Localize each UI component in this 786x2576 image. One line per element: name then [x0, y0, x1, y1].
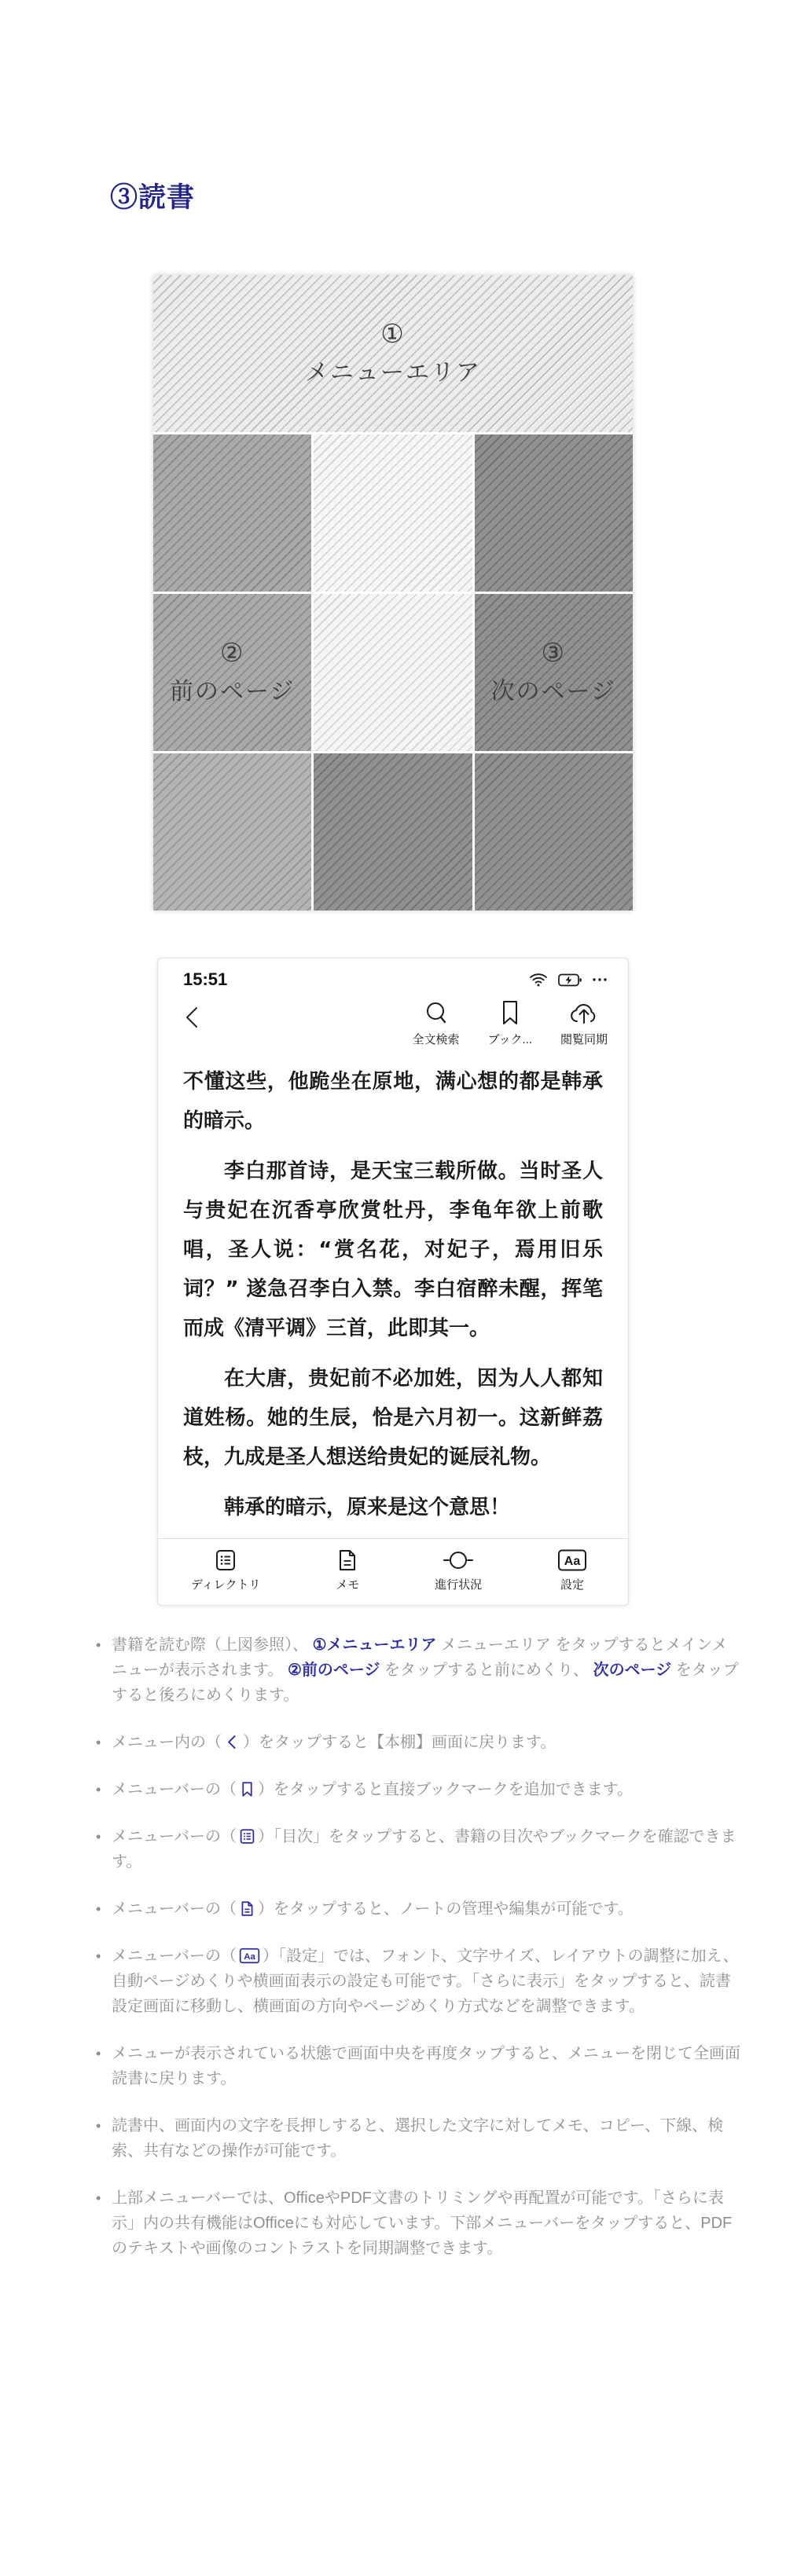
- note-text: 書籍を読む際（上図参照）、: [112, 1636, 313, 1654]
- bottom-nav: ディレクトリ メモ 進行状況 Aa 設定: [158, 1538, 628, 1605]
- note-page-icon: [239, 1900, 255, 1917]
- note-accent-text: ②前のページ: [288, 1662, 380, 1679]
- wifi-icon: [529, 972, 548, 988]
- zone-center-lower[interactable]: [314, 753, 472, 911]
- reader-paragraph: 韩承的暗示，原来是这个意思！: [183, 1488, 603, 1527]
- note-text: メニューバーの（: [112, 1781, 237, 1798]
- zone-prev-number: ②: [220, 639, 245, 665]
- zone-prev-page[interactable]: ② 前のページ: [153, 594, 311, 751]
- note-accent-text: 次のページ: [593, 1662, 672, 1679]
- back-chevron-icon: [224, 1734, 241, 1750]
- reader-paragraph: 在大唐，贵妃前不必加姓，因为人人都知道姓杨。她的生辰，恰是六月初一。这新鲜荔枝，…: [183, 1359, 603, 1477]
- nav-progress-label: 進行状況: [435, 1576, 482, 1592]
- battery-charging-icon: [558, 973, 582, 987]
- page-title: ③読書: [110, 176, 786, 215]
- note-text: 読書中、画面内の文字を長押しすると、選択した文字に対してメモ、コピー、下線、検索…: [112, 2117, 723, 2160]
- nav-directory[interactable]: ディレクトリ: [191, 1548, 261, 1592]
- svg-text:Aa: Aa: [564, 1555, 581, 1568]
- status-icons: [529, 972, 608, 988]
- reader-screenshot: 15:51 全文検索 ブック...: [157, 958, 629, 1606]
- note-text: メニューバーの（: [112, 1900, 237, 1918]
- nav-settings[interactable]: Aa 設定: [557, 1548, 587, 1592]
- back-chevron-icon: [183, 1006, 200, 1029]
- note-accent-text: ①メニューエリア: [313, 1636, 437, 1654]
- nav-memo[interactable]: メモ: [336, 1548, 359, 1592]
- svg-text:Aa: Aa: [244, 1952, 255, 1962]
- note-text: ）をタップすると【本棚】画面に戻ります。: [243, 1734, 556, 1751]
- toc-list-icon: [239, 1828, 255, 1845]
- note-item: 書籍を読む際（上図参照）、 ①メニューエリア メニューエリア をタップするとメイ…: [94, 1632, 743, 1708]
- note-text: 上部メニューバーでは、OfficeやPDF文書のトリミングや再配置が可能です。「…: [112, 2189, 732, 2257]
- toolbar-fulltext-search[interactable]: 全文検索: [413, 999, 460, 1047]
- more-icon[interactable]: [592, 977, 608, 982]
- zone-prev-label: ② 前のページ: [170, 639, 295, 706]
- zone-next-number: ③: [542, 639, 567, 665]
- toolbar-fulltext-search-label: 全文検索: [413, 1031, 460, 1047]
- search-icon: [423, 999, 450, 1028]
- notes-list: 書籍を読む際（上図参照）、 ①メニューエリア メニューエリア をタップするとメイ…: [94, 1632, 743, 2261]
- memo-icon: [336, 1548, 358, 1572]
- zone-menu-label: ① メニューエリア: [305, 321, 481, 387]
- note-text: ）をタップすると直接ブックマークを追加できます。: [258, 1781, 633, 1798]
- manual-page: ③読書 ① メニューエリア ② 前のページ ③ 次のページ: [0, 0, 786, 2382]
- zone-next-label: ③ 次のページ: [491, 639, 616, 706]
- zone-prev-text: 前のページ: [170, 672, 295, 706]
- zone-next-page-lower[interactable]: [475, 753, 633, 911]
- note-item: メニュー内の（）をタップすると【本棚】画面に戻ります。: [94, 1730, 743, 1755]
- progress-icon: [443, 1548, 474, 1572]
- note-item: メニューバーの（）「目次」をタップすると、書籍の目次やブックマークを確認できます…: [94, 1824, 743, 1874]
- note-text: をタップすると前にめくり、: [380, 1662, 593, 1679]
- note-text: ）をタップすると、ノートの管理や編集が可能です。: [258, 1900, 634, 1918]
- toolbar-bookmark[interactable]: ブック...: [488, 999, 532, 1047]
- zone-menu-text: メニューエリア: [305, 353, 481, 387]
- directory-icon: [214, 1548, 237, 1572]
- tap-zone-diagram: ① メニューエリア ② 前のページ ③ 次のページ: [153, 275, 633, 911]
- cloud-sync-icon: [569, 999, 599, 1028]
- note-text: メニューバーの（: [112, 1948, 237, 1965]
- zone-next-text: 次のページ: [491, 672, 616, 706]
- bookmark-icon: [239, 1781, 255, 1797]
- status-time: 15:51: [183, 969, 227, 990]
- note-item: 読書中、画面内の文字を長押しすると、選択した文字に対してメモ、コピー、下線、検索…: [94, 2113, 743, 2164]
- zone-next-page-upper[interactable]: [475, 434, 633, 592]
- zone-center-strip-upper[interactable]: [314, 434, 472, 592]
- note-text: メニュー内の（: [112, 1734, 222, 1751]
- toolbar-actions: 全文検索 ブック... 閲覧同期: [413, 999, 608, 1047]
- zone-menu-number: ①: [380, 321, 406, 346]
- back-button[interactable]: [183, 1006, 200, 1033]
- nav-directory-label: ディレクトリ: [191, 1576, 261, 1592]
- nav-memo-label: メモ: [336, 1576, 359, 1592]
- nav-settings-label: 設定: [560, 1576, 584, 1592]
- note-item: メニューバーの（）をタップすると、ノートの管理や編集が可能です。: [94, 1896, 743, 1922]
- nav-progress[interactable]: 進行状況: [435, 1548, 482, 1592]
- zone-menu-area[interactable]: ① メニューエリア: [153, 275, 633, 432]
- reader-paragraph: 不懂这些，他跪坐在原地，满心想的都是韩承的暗示。: [183, 1062, 603, 1141]
- zone-center-strip[interactable]: [314, 594, 472, 751]
- zone-prev-page-upper[interactable]: [153, 434, 311, 592]
- note-item: メニューが表示されている状態で画面中央を再度タップすると、メニューを閉じて全画面…: [94, 2041, 743, 2091]
- status-bar: 15:51: [158, 958, 628, 990]
- note-item: 上部メニューバーでは、OfficeやPDF文書のトリミングや再配置が可能です。「…: [94, 2186, 743, 2261]
- settings-aa-icon: Aa: [557, 1548, 587, 1572]
- reader-toolbar: 全文検索 ブック... 閲覧同期: [158, 990, 628, 1057]
- note-text: メニューが表示されている状態で画面中央を再度タップすると、メニューを閉じて全画面…: [112, 2045, 740, 2087]
- zone-next-page[interactable]: ③ 次のページ: [475, 594, 633, 751]
- font-settings-aa-icon: Aa: [239, 1948, 260, 1964]
- toolbar-reading-sync-label: 閲覧同期: [560, 1031, 608, 1047]
- reader-paragraph: 李白那首诗，是天宝三载所做。当时圣人与贵妃在沉香亭欣赏牡丹，李龟年欲上前歌唱，圣…: [183, 1152, 603, 1348]
- reader-body: 不懂这些，他跪坐在原地，满心想的都是韩承的暗示。李白那首诗，是天宝三载所做。当时…: [158, 1057, 628, 1538]
- bookmark-icon: [498, 999, 522, 1028]
- toolbar-bookmark-label: ブック...: [488, 1031, 532, 1047]
- toolbar-reading-sync[interactable]: 閲覧同期: [560, 999, 608, 1047]
- note-item: メニューバーの（Aa）「設定」では、フォント、文字サイズ、レイアウトの調整に加え…: [94, 1944, 743, 2019]
- zone-prev-page-lower[interactable]: [153, 753, 311, 911]
- note-item: メニューバーの（）をタップすると直接ブックマークを追加できます。: [94, 1777, 743, 1802]
- note-text: メニューバーの（: [112, 1828, 237, 1845]
